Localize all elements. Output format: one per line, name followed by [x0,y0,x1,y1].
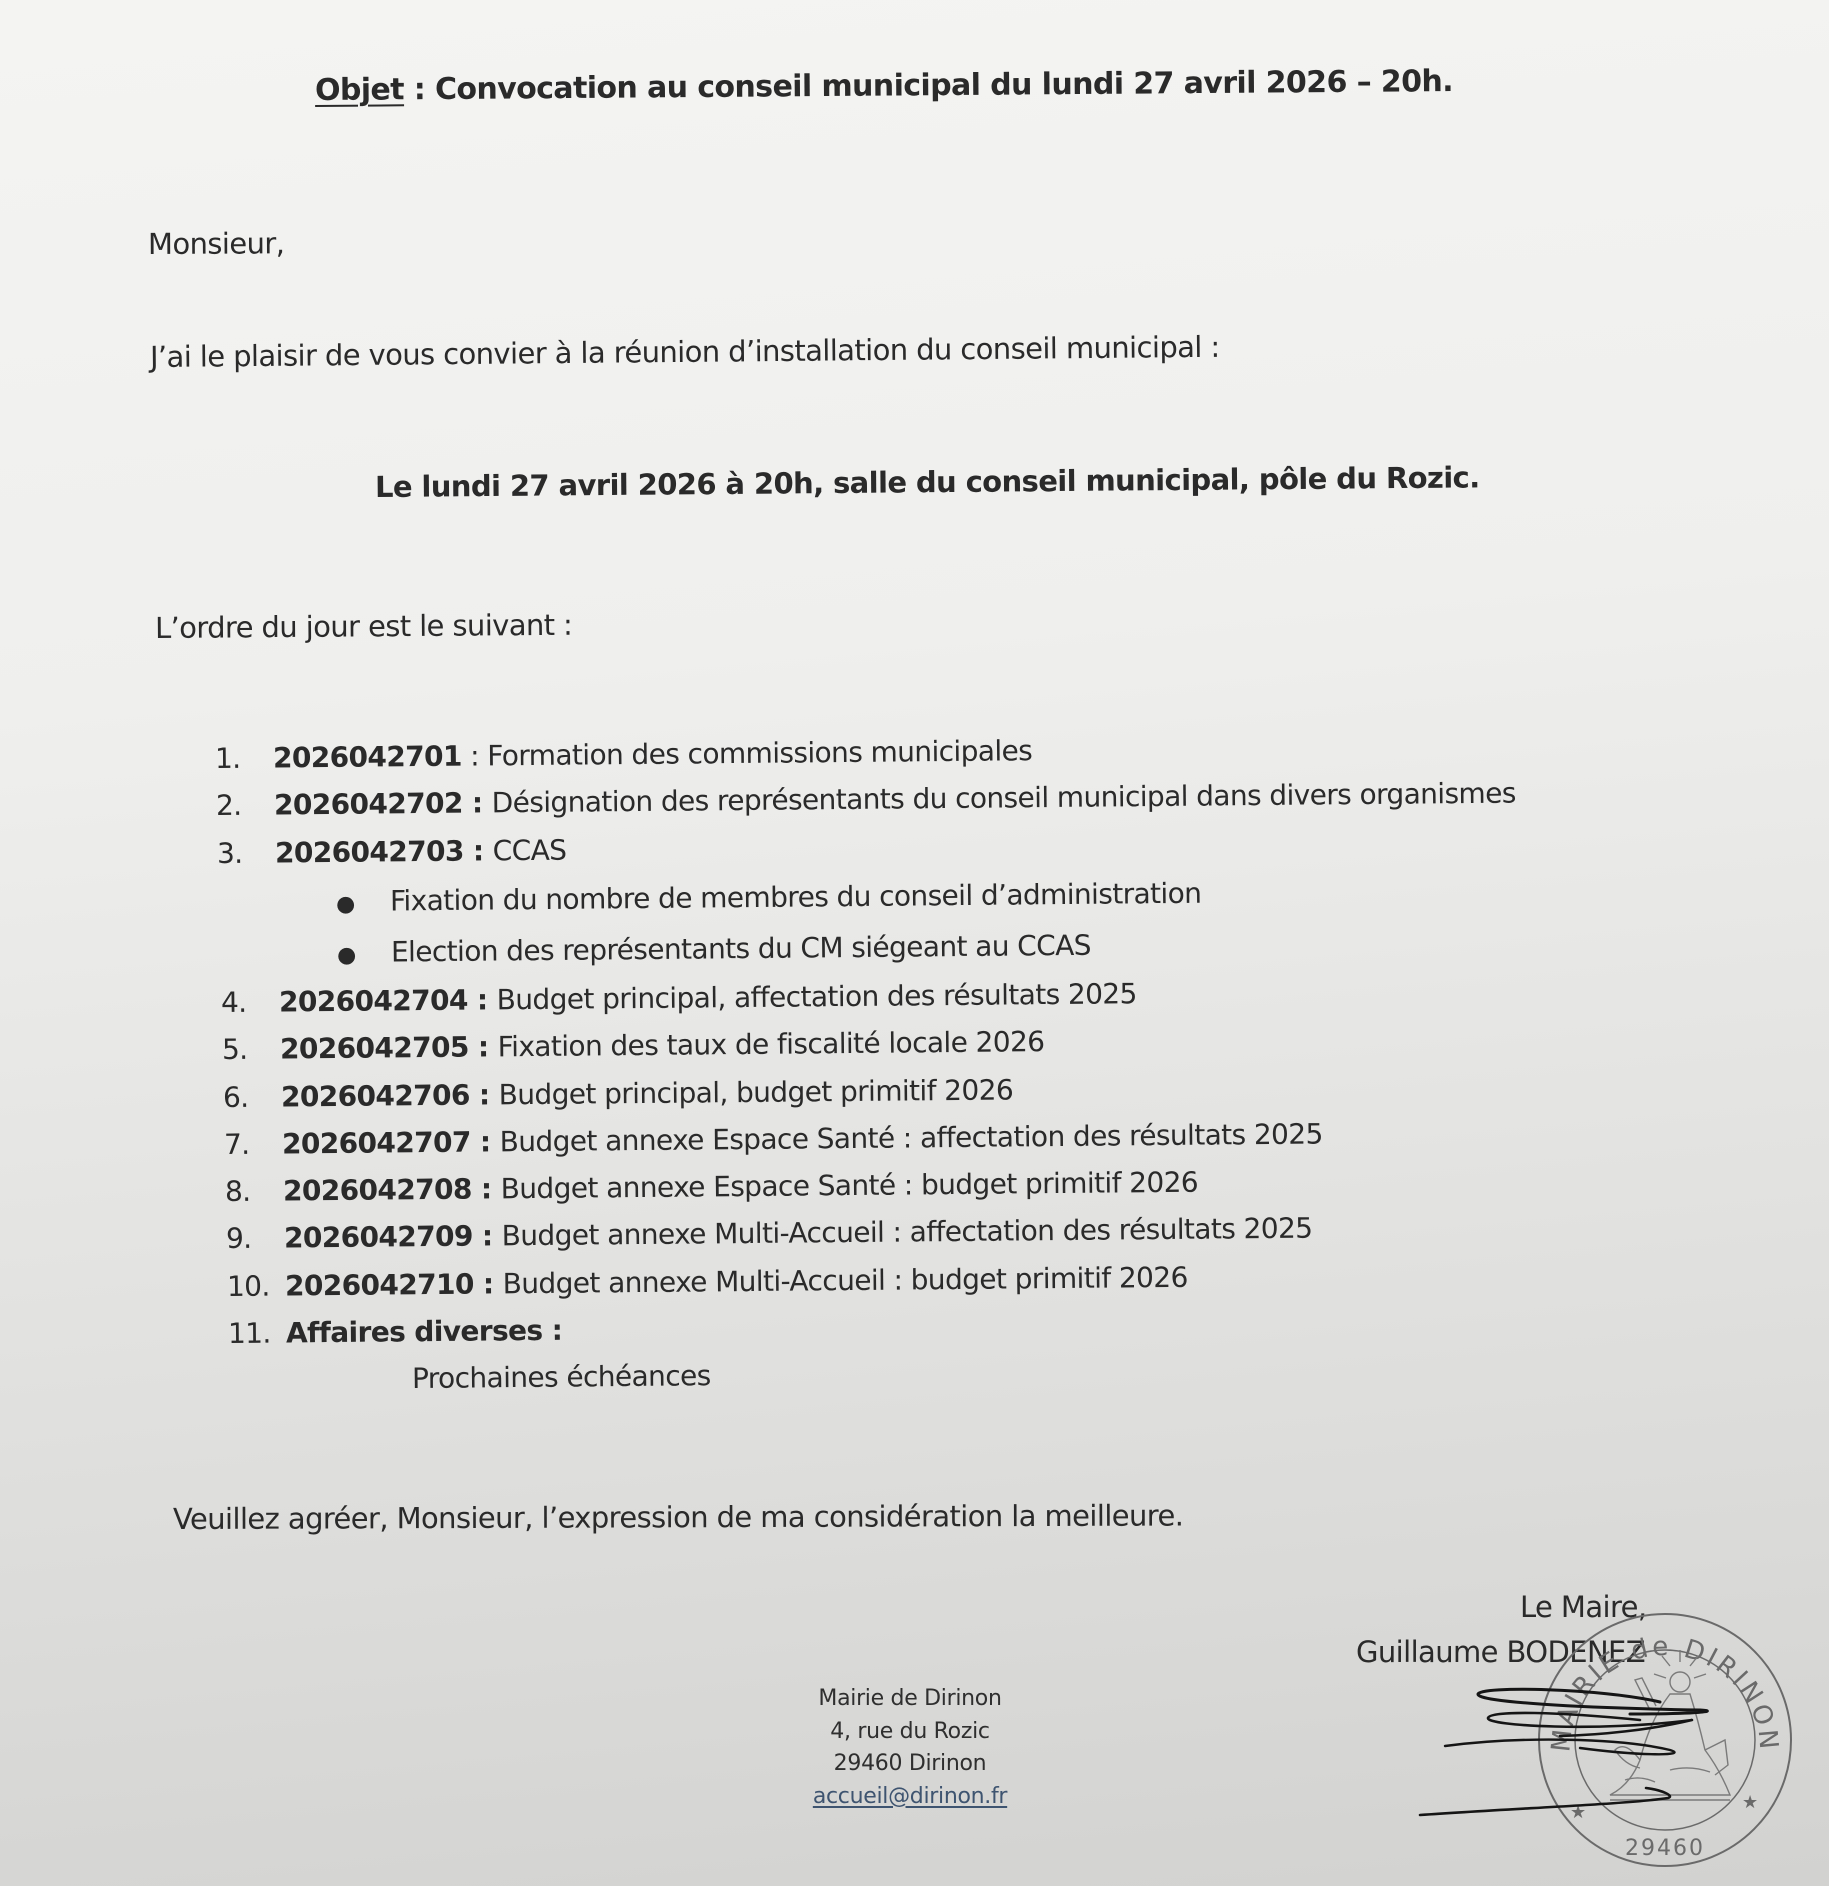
salutation: Monsieur, [148,229,284,259]
agenda-item-number: 6. [223,1083,281,1112]
agenda-item-code: 2026042710 [285,1267,474,1302]
agenda-item-number: 9. [226,1225,284,1254]
agenda-item-number: 10. [227,1272,285,1301]
agenda-item-code: 2026042701 [273,740,462,775]
address-footer: Mairie de Dirinon 4, rue du Rozic 29460 … [780,1683,1040,1813]
agenda-item: 1.2026042701 : Formation des commissions… [215,737,1032,773]
agenda-item-code: 2026042708 [283,1173,472,1208]
agenda-item-separator: : [473,1220,502,1253]
agenda-item-number: 4. [220,988,278,1017]
agenda-sub-item: ●Election des représentants du CM siégea… [337,932,1091,967]
agenda-item-code: 2026042704 [278,984,467,1019]
meeting-details: Le lundi 27 avril 2026 à 20h, salle du c… [375,463,1480,502]
agenda-item: 9.2026042709 : Budget annexe Multi-Accue… [226,1215,1313,1253]
bullet-icon: ● [337,944,391,967]
agenda-item-separator: : [464,834,493,867]
agenda-item-number: 11. [228,1319,286,1348]
agenda-item-separator: : [463,787,492,820]
agenda-item-number: 1. [215,744,273,773]
agenda-item-code: Affaires diverses : [286,1314,563,1350]
agenda-item-title: Fixation des taux de fiscalité locale 20… [497,1025,1044,1063]
agenda-item-note: Prochaines échéances [412,1362,711,1393]
subject-text: : Convocation au conseil municipal du lu… [404,64,1453,107]
agenda-sub-item: ●Fixation du nombre de membres du consei… [336,880,1202,916]
agenda-item-title: Budget annexe Espace Santé : affectation… [499,1117,1322,1158]
agenda-item: 6.2026042706 : Budget principal, budget … [223,1076,1013,1112]
agenda-item-title: Formation des commissions municipales [487,734,1032,772]
footer-organization: Mairie de Dirinon [780,1683,1040,1716]
agenda-intro: L’ordre du jour est le suivant : [155,611,573,643]
agenda-item-separator: : [469,1078,498,1111]
agenda-item-code: 2026042702 [274,787,463,822]
agenda-item: 3.2026042703 : CCAS [217,836,567,867]
agenda-item-separator: : [474,1267,503,1300]
agenda-item-title: Budget principal, affectation des résult… [496,977,1136,1016]
agenda-item-code: 2026042705 [279,1031,468,1066]
agenda-item-title: Budget annexe Espace Santé : budget prim… [500,1166,1198,1206]
bullet-icon: ● [336,893,390,916]
agenda-sub-item-text: Fixation du nombre de membres du conseil… [390,877,1202,918]
agenda-item-title: Désignation des représentants du conseil… [492,777,1516,820]
agenda-item: 2.2026042702 : Désignation des représent… [216,780,1516,820]
subject-line: Objet : Convocation au conseil municipal… [315,67,1453,106]
agenda-item: 11.Affaires diverses : [228,1317,563,1348]
agenda-item-number: 2. [216,792,274,821]
agenda-item-number: 7. [224,1130,282,1159]
agenda-item: 7.2026042707 : Budget annexe Espace Sant… [224,1120,1323,1159]
agenda-item: 4.2026042704 : Budget principal, affecta… [220,980,1136,1017]
intro-paragraph: J’ai le plaisir de vous convier à la réu… [150,333,1220,372]
footer-city: 29460 Dirinon [780,1748,1040,1781]
agenda-item-separator: : [470,1125,499,1158]
agenda-item-code: 2026042703 [275,834,464,869]
agenda-item-title: Budget annexe Multi-Accueil : affectatio… [502,1212,1313,1253]
agenda-item: 5.2026042705 : Fixation des taux de fisc… [221,1028,1044,1064]
agenda-item-separator: : [467,983,496,1016]
agenda-item-title: Budget principal, budget primitif 2026 [498,1073,1013,1111]
agenda-item-separator: : [472,1172,501,1205]
agenda-item-title: CCAS [493,833,567,867]
agenda-item-code: 2026042706 [281,1078,470,1113]
footer-street: 4, rue du Rozic [780,1716,1040,1749]
signature-scribble-icon [1400,1680,1760,1840]
footer-email-link[interactable]: accueil@dirinon.fr [813,1784,1007,1809]
agenda-item-number: 5. [221,1036,279,1065]
agenda-item-title: Budget annexe Multi-Accueil : budget pri… [503,1260,1188,1300]
agenda-item-number: 3. [217,839,275,868]
agenda-item-code: 2026042707 [282,1125,471,1160]
letter-page: Objet : Convocation au conseil municipal… [0,0,1829,1886]
agenda-item-number: 8. [225,1178,283,1207]
subject-label: Objet [315,72,404,108]
agenda-item-code: 2026042709 [284,1220,473,1255]
agenda-sub-item-text: Election des représentants du CM siégean… [391,929,1091,969]
agenda-item-separator: : [468,1031,497,1064]
agenda-item-separator: : [462,739,488,772]
closing-formula: Veuillez agréer, Monsieur, l’expression … [173,1501,1183,1534]
agenda-item: 8.2026042708 : Budget annexe Espace Sant… [225,1169,1198,1206]
agenda-item: 10.2026042710 : Budget annexe Multi-Accu… [227,1263,1188,1300]
